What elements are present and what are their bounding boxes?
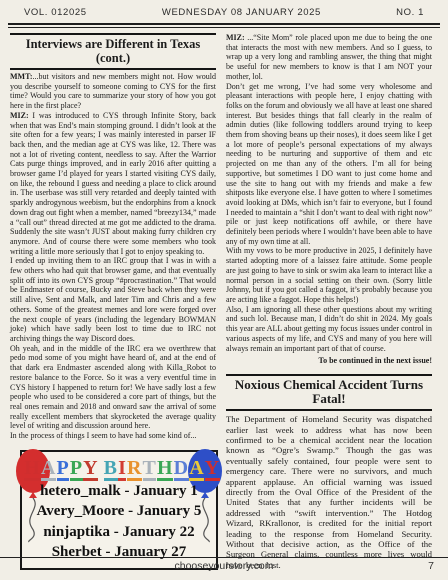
birthday-entry: Sherbet - January 27 bbox=[24, 542, 214, 563]
birthday-title-letter: I bbox=[118, 459, 126, 481]
birthday-title-letter: A bbox=[41, 459, 56, 481]
paragraph: The Department of Homeland Security was … bbox=[226, 414, 432, 570]
left-column: Interviews are Different in Texas (cont.… bbox=[10, 33, 216, 570]
birthday-box: HAPPY BIRTHDAY hetero_malk - January 1Av… bbox=[20, 450, 218, 570]
speaker-label: MIZ: bbox=[10, 111, 29, 120]
interview-paragraphs: MMT:...but visitors and new members migh… bbox=[10, 72, 216, 441]
birthday-entry: Avery_Moore - January 5 bbox=[24, 501, 214, 522]
interview-article-title: Interviews are Different in Texas (cont.… bbox=[10, 33, 216, 70]
paragraph: MIZ: I was introduced to CYS through Inf… bbox=[10, 111, 216, 257]
birthday-title-letter: P bbox=[57, 459, 70, 481]
birthday-title-letter: H bbox=[24, 459, 40, 481]
masthead-volume: VOL. 012025 bbox=[24, 7, 87, 18]
birthday-title-letter: H bbox=[157, 459, 173, 481]
paragraph: I ended up inviting them to an IRC group… bbox=[10, 256, 216, 343]
birthday-entry: ninjaptika - January 22 bbox=[24, 522, 214, 543]
footer-page-number: 7 bbox=[428, 560, 434, 572]
birthday-title-letter: T bbox=[143, 459, 157, 481]
birthday-title: HAPPY BIRTHDAY bbox=[24, 457, 214, 481]
speaker-label: MIZ: bbox=[226, 33, 245, 42]
paragraph: Also, I am ignoring all these other ques… bbox=[226, 305, 432, 354]
paragraph: Don’t get me wrong, I’ve had some very w… bbox=[226, 82, 432, 247]
birthday-title-letter: D bbox=[174, 459, 189, 481]
chemical-article-paragraphs: The Department of Homeland Security was … bbox=[226, 414, 432, 570]
masthead-issue: NO. 1 bbox=[396, 7, 424, 18]
interview-continuation-paragraphs: MIZ: ...“Site Mom” role placed upon me d… bbox=[226, 33, 432, 353]
birthday-title-letter: Y bbox=[205, 459, 220, 481]
paragraph: With my vows to be more productive in 20… bbox=[226, 246, 432, 304]
birthday-title-letter: A bbox=[189, 459, 204, 481]
paragraph: In the process of things I seem to have … bbox=[10, 431, 216, 441]
to-be-continued-note: To be continued in the next issue! bbox=[226, 356, 432, 365]
birthday-title-letter: B bbox=[104, 459, 118, 481]
right-column: MIZ: ...“Site Mom” role placed upon me d… bbox=[226, 33, 432, 570]
birthday-title-letter: P bbox=[70, 459, 83, 481]
newspaper-page: VOL. 012025 WEDNESDAY 08 JANUARY 2025 NO… bbox=[0, 0, 448, 580]
speaker-label: MMT: bbox=[10, 72, 33, 81]
paragraph: Oh yeah, and in the middle of the IRC er… bbox=[10, 344, 216, 431]
masthead: VOL. 012025 WEDNESDAY 08 JANUARY 2025 NO… bbox=[0, 0, 448, 21]
birthday-title-letter: Y bbox=[83, 459, 98, 481]
content-columns: Interviews are Different in Texas (cont.… bbox=[0, 28, 448, 570]
birthday-entry: hetero_malk - January 1 bbox=[24, 481, 214, 502]
paragraph: MMT:...but visitors and new members migh… bbox=[10, 72, 216, 111]
birthday-title-letter: R bbox=[127, 459, 142, 481]
paragraph: MIZ: ...“Site Mom” role placed upon me d… bbox=[226, 33, 432, 82]
birthday-list: hetero_malk - January 1Avery_Moore - Jan… bbox=[24, 481, 214, 563]
chemical-article-title: Noxious Chemical Accident Turns Fatal! bbox=[226, 374, 432, 411]
masthead-date: WEDNESDAY 08 JANUARY 2025 bbox=[162, 7, 321, 18]
birthday-title-letter bbox=[98, 457, 103, 479]
